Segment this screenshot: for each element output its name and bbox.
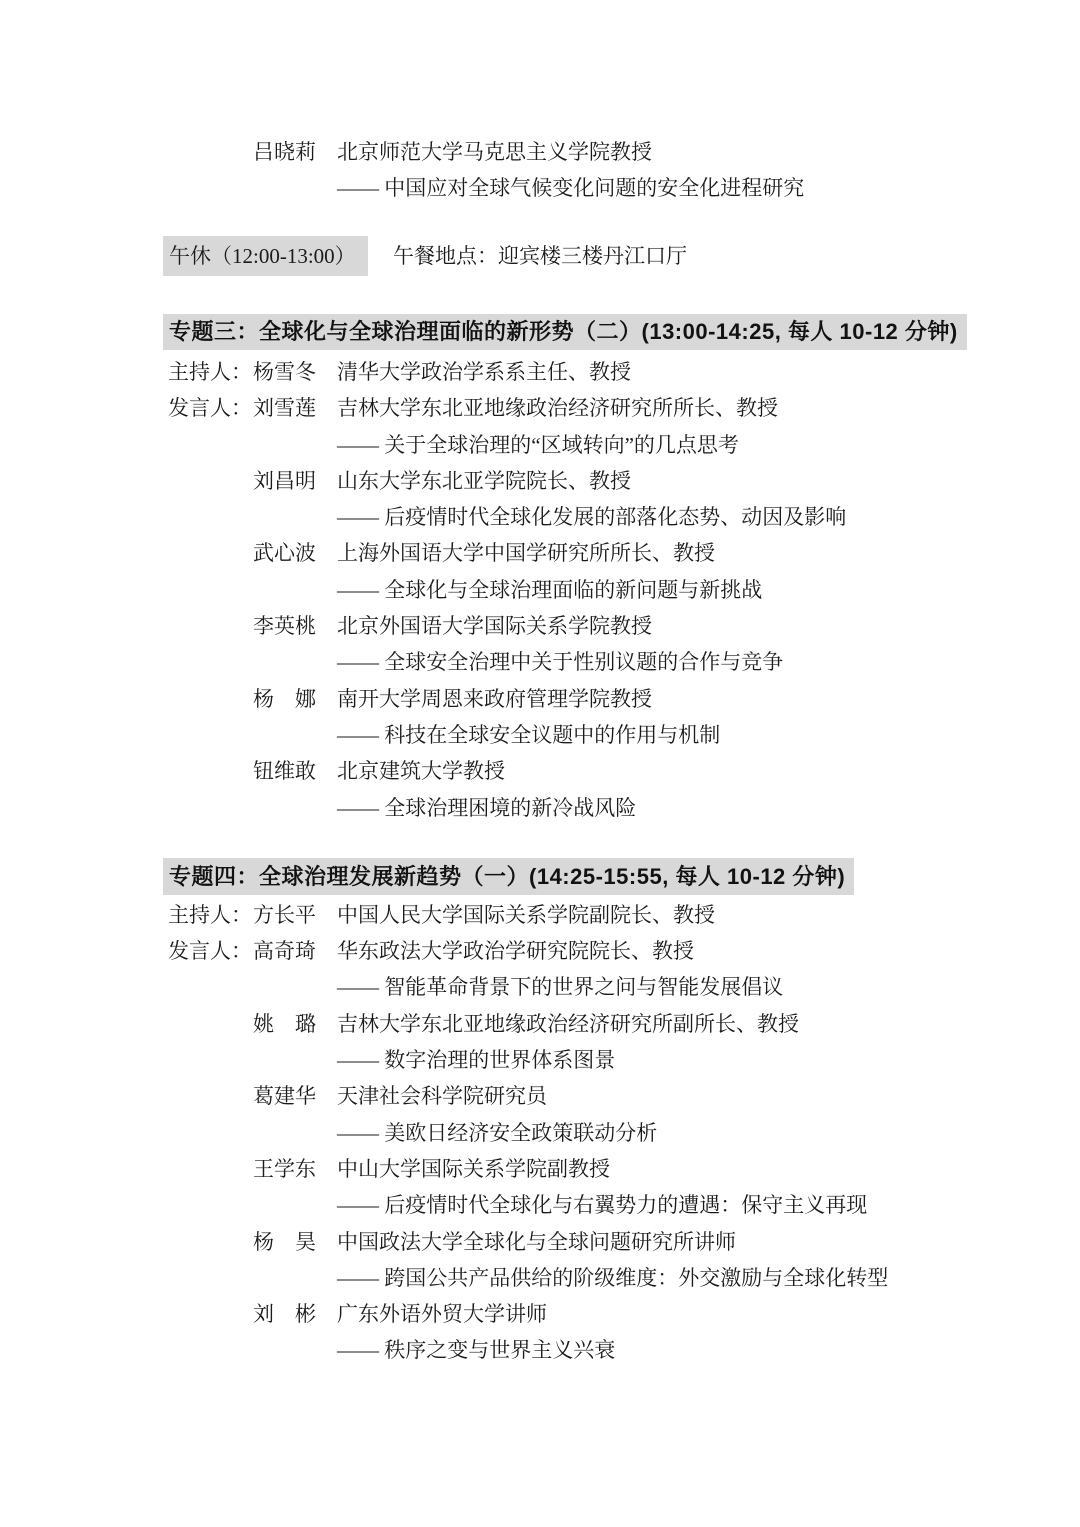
speaker-row: 发言人： 刘雪莲 吉林大学东北亚地缘政治经济研究所所长、教授: [0, 390, 1080, 426]
speaker-name: 高奇琦: [253, 933, 316, 969]
talk-title: —— 美欧日经济安全政策联动分析: [337, 1115, 657, 1151]
talk-row: —— 智能革命背景下的世界之问与智能发展倡议: [0, 969, 1080, 1005]
speaker-affiliation: 北京建筑大学教授: [337, 753, 505, 789]
session-header-row: 专题三：全球化与全球治理面临的新形势（二）(13:00-14:25, 每人 10…: [163, 314, 1080, 350]
speaker-name: 王学东: [253, 1151, 316, 1187]
talk-title: —— 关于全球治理的“区域转向”的几点思考: [337, 427, 739, 463]
speaker-affiliation: 广东外语外贸大学讲师: [337, 1296, 547, 1332]
speaker-row: 武心波 上海外国语大学中国学研究所所长、教授: [0, 535, 1080, 571]
lunch-location: 午餐地点：迎宾楼三楼丹江口厅: [393, 236, 687, 276]
talk-title: —— 全球治理困境的新冷战风险: [337, 790, 636, 826]
talk-title: —— 中国应对全球气候变化问题的安全化进程研究: [337, 170, 804, 206]
speaker-affiliation: 天津社会科学院研究员: [337, 1078, 547, 1114]
speaker-affiliation: 中国政法大学全球化与全球问题研究所讲师: [337, 1224, 736, 1260]
talk-row: —— 全球化与全球治理面临的新问题与新挑战: [0, 572, 1080, 608]
chair-row: 主持人： 杨雪冬 清华大学政治学系系主任、教授: [0, 354, 1080, 390]
talk-row: —— 后疫情时代全球化与右翼势力的遭遇：保守主义再现: [0, 1187, 1080, 1223]
talk-row: —— 美欧日经济安全政策联动分析: [0, 1115, 1080, 1151]
session-4-body: 主持人： 方长平 中国人民大学国际关系学院副院长、教授 发言人： 高奇琦 华东政…: [0, 897, 1080, 1369]
speaker-row: 刘昌明 山东大学东北亚学院院长、教授: [0, 463, 1080, 499]
talk-row: —— 全球安全治理中关于性别议题的合作与竞争: [0, 644, 1080, 680]
talk-row: —— 全球治理困境的新冷战风险: [0, 790, 1080, 826]
speaker-row: 发言人： 高奇琦 华东政法大学政治学研究院院长、教授: [0, 933, 1080, 969]
speaker-affiliation: 北京外国语大学国际关系学院教授: [337, 608, 652, 644]
agenda-content: 吕晓莉 北京师范大学马克思主义学院教授 —— 中国应对全球气候变化问题的安全化进…: [0, 134, 1080, 1369]
speakers-label: 发言人：: [168, 390, 252, 426]
speaker-name: 钮维敢: [253, 753, 316, 789]
talk-row: —— 中国应对全球气候变化问题的安全化进程研究: [0, 170, 1080, 206]
speaker-affiliation: 吉林大学东北亚地缘政治经济研究所所长、教授: [337, 390, 778, 426]
speaker-name: 武心波: [253, 535, 316, 571]
talk-title: —— 智能革命背景下的世界之问与智能发展倡议: [337, 969, 783, 1005]
chair-label: 主持人：: [168, 897, 252, 933]
speaker-name: 葛建华: [253, 1078, 316, 1114]
session-3-header: 专题三：全球化与全球治理面临的新形势（二）(13:00-14:25, 每人 10…: [163, 314, 967, 350]
talk-title: —— 秩序之变与世界主义兴衰: [337, 1332, 615, 1368]
chair-label: 主持人：: [168, 354, 252, 390]
talk-row: —— 数字治理的世界体系图景: [0, 1042, 1080, 1078]
chair-name: 方长平: [253, 897, 316, 933]
talk-row: —— 跨国公共产品供给的阶级维度：外交激励与全球化转型: [0, 1260, 1080, 1296]
speaker-row: 姚 璐 吉林大学东北亚地缘政治经济研究所副所长、教授: [0, 1006, 1080, 1042]
conference-agenda-page: 吕晓莉 北京师范大学马克思主义学院教授 —— 中国应对全球气候变化问题的安全化进…: [0, 0, 1080, 1527]
speaker-affiliation: 吉林大学东北亚地缘政治经济研究所副所长、教授: [337, 1006, 799, 1042]
speaker-row: 李英桃 北京外国语大学国际关系学院教授: [0, 608, 1080, 644]
talk-row: —— 秩序之变与世界主义兴衰: [0, 1332, 1080, 1368]
talk-row: —— 关于全球治理的“区域转向”的几点思考: [0, 427, 1080, 463]
chair-affiliation: 清华大学政治学系系主任、教授: [337, 354, 631, 390]
speaker-name: 姚 璐: [253, 1006, 316, 1042]
speaker-name: 吕晓莉: [253, 134, 316, 170]
speaker-name: 杨 昊: [253, 1224, 316, 1260]
talk-title: —— 后疫情时代全球化与右翼势力的遭遇：保守主义再现: [337, 1187, 867, 1223]
speaker-affiliation: 华东政法大学政治学研究院院长、教授: [337, 933, 694, 969]
talk-title: —— 后疫情时代全球化发展的部落化态势、动因及影响: [337, 499, 846, 535]
speaker-row: 葛建华 天津社会科学院研究员: [0, 1078, 1080, 1114]
speaker-row: 王学东 中山大学国际关系学院副教授: [0, 1151, 1080, 1187]
lunch-row: 午休（12:00-13:00） 午餐地点：迎宾楼三楼丹江口厅: [0, 236, 1080, 276]
session-header-row: 专题四：全球治理发展新趋势（一）(14:25-15:55, 每人 10-12 分…: [163, 858, 1080, 895]
speaker-name: 刘雪莲: [253, 390, 316, 426]
speakers-label: 发言人：: [168, 933, 252, 969]
speaker-affiliation: 山东大学东北亚学院院长、教授: [337, 463, 631, 499]
talk-row: —— 科技在全球安全议题中的作用与机制: [0, 717, 1080, 753]
speaker-name: 李英桃: [253, 608, 316, 644]
speaker-name: 刘昌明: [253, 463, 316, 499]
chair-row: 主持人： 方长平 中国人民大学国际关系学院副院长、教授: [0, 897, 1080, 933]
talk-title: —— 数字治理的世界体系图景: [337, 1042, 615, 1078]
talk-row: —— 后疫情时代全球化发展的部落化态势、动因及影响: [0, 499, 1080, 535]
talk-title: —— 跨国公共产品供给的阶级维度：外交激励与全球化转型: [337, 1260, 888, 1296]
talk-title: —— 全球化与全球治理面临的新问题与新挑战: [337, 572, 762, 608]
chair-name: 杨雪冬: [253, 354, 316, 390]
session-3-body: 主持人： 杨雪冬 清华大学政治学系系主任、教授 发言人： 刘雪莲 吉林大学东北亚…: [0, 354, 1080, 826]
session-4-header: 专题四：全球治理发展新趋势（一）(14:25-15:55, 每人 10-12 分…: [163, 858, 854, 895]
speaker-affiliation: 上海外国语大学中国学研究所所长、教授: [337, 535, 715, 571]
talk-title: —— 科技在全球安全议题中的作用与机制: [337, 717, 720, 753]
speaker-row: 钮维敢 北京建筑大学教授: [0, 753, 1080, 789]
talk-title: —— 全球安全治理中关于性别议题的合作与竞争: [337, 644, 783, 680]
chair-affiliation: 中国人民大学国际关系学院副院长、教授: [337, 897, 715, 933]
speaker-row: 杨 娜 南开大学周恩来政府管理学院教授: [0, 681, 1080, 717]
speaker-row: 杨 昊 中国政法大学全球化与全球问题研究所讲师: [0, 1224, 1080, 1260]
speaker-affiliation: 南开大学周恩来政府管理学院教授: [337, 681, 652, 717]
speaker-affiliation: 北京师范大学马克思主义学院教授: [337, 134, 652, 170]
speaker-name: 刘 彬: [253, 1296, 316, 1332]
lunch-break-highlight: 午休（12:00-13:00）: [163, 236, 368, 276]
speaker-row: 吕晓莉 北京师范大学马克思主义学院教授: [0, 134, 1080, 170]
speaker-name: 杨 娜: [253, 681, 316, 717]
speaker-row: 刘 彬 广东外语外贸大学讲师: [0, 1296, 1080, 1332]
speaker-affiliation: 中山大学国际关系学院副教授: [337, 1151, 610, 1187]
